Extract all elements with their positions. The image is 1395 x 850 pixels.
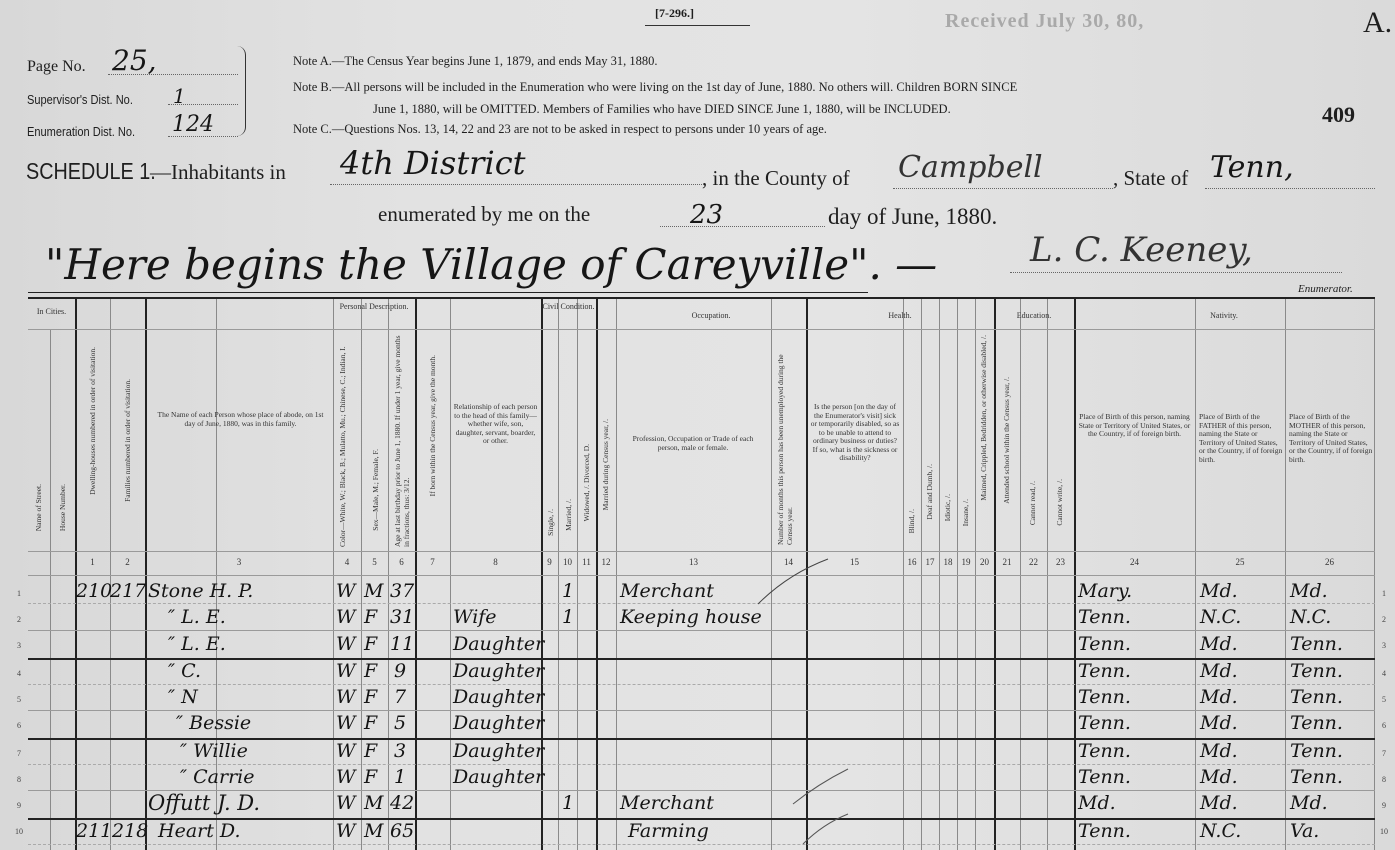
header-married: Married, /.: [564, 499, 573, 531]
header-maimed: Maimed, Crippled, Bedridden, or otherwis…: [979, 335, 988, 501]
mother-birthplace: Tenn.: [1290, 711, 1343, 735]
state-value: Tenn,: [1210, 150, 1294, 185]
header-school: Attended school within the Census year, …: [1002, 377, 1011, 504]
county-value: Campbell: [898, 150, 1043, 185]
row-number: 7: [1382, 749, 1386, 758]
header-mother-birthplace: Place of Birth of the MOTHER of this per…: [1289, 413, 1373, 464]
sex: M: [364, 819, 383, 843]
col-num: 3: [145, 557, 333, 567]
brace: [237, 46, 246, 136]
inhabitants-label: —Inhabitants in: [150, 160, 286, 185]
col-num: 8: [450, 557, 541, 567]
header-cannot-write: Cannot write, /.: [1055, 479, 1064, 526]
row-number: 7: [17, 749, 21, 758]
family-number: 217: [110, 579, 146, 603]
row-number: 6: [1382, 721, 1386, 730]
mother-birthplace: Md.: [1290, 579, 1328, 603]
col-num: 17: [921, 557, 939, 567]
father-birthplace: Md.: [1200, 739, 1238, 763]
row-number: 9: [1382, 801, 1386, 810]
supervisor-value: 1: [173, 84, 186, 108]
county-line: [893, 188, 1113, 189]
group-occupation: Occupation.: [616, 311, 806, 320]
row-number: 6: [17, 721, 21, 730]
page-no-value: 25,: [112, 44, 157, 77]
schedule-number: SCHEDULE 1.: [26, 158, 156, 184]
dwelling-number: 211: [76, 819, 112, 843]
relationship: Daughter: [453, 711, 544, 735]
header-color: Color—White, W.; Black, B.; Mulatto, Mu.…: [338, 335, 356, 547]
mother-birthplace: Tenn.: [1290, 632, 1343, 656]
header-deaf: Deaf and Dumb, /.: [925, 464, 934, 520]
enumerator-line: [1010, 272, 1342, 273]
header-birth-month: If born within the Census year, give the…: [428, 355, 437, 496]
married-mark: 1: [562, 579, 574, 603]
corner-letter: A.: [1363, 6, 1392, 40]
pen-strokes: [748, 554, 858, 850]
header-sex: Sex—Male, M.; Female, F.: [371, 449, 380, 531]
birthplace: Tenn.: [1078, 739, 1131, 763]
header-house: House Number.: [58, 484, 67, 531]
father-birthplace: Md.: [1200, 685, 1238, 709]
color: W: [336, 791, 356, 815]
color: W: [336, 685, 356, 709]
col-num: 1: [75, 557, 110, 567]
row-number: 4: [1382, 669, 1386, 678]
received-stamp: Received July 30, 80,: [945, 10, 1144, 33]
relationship: Wife: [453, 605, 497, 629]
state-line: [1205, 188, 1375, 189]
birthplace: Tenn.: [1078, 711, 1131, 735]
enumeration-label: Enumeration Dist. No.: [27, 124, 135, 139]
col-num: 26: [1285, 557, 1374, 567]
header-insane: Insane, /.: [961, 499, 970, 526]
header-sickness: Is the person [on the day of the Enumera…: [810, 403, 900, 463]
birthplace: Tenn.: [1078, 819, 1131, 843]
birthplace: Tenn.: [1078, 659, 1131, 683]
relationship: Daughter: [453, 739, 544, 763]
person-name: ″ N: [168, 685, 198, 709]
header-idiotic: Idiotic, /.: [943, 494, 952, 521]
father-birthplace: Md.: [1200, 632, 1238, 656]
relationship: Daughter: [453, 659, 544, 683]
relationship: Daughter: [453, 685, 544, 709]
row-number: 1: [1382, 589, 1386, 598]
village-note: "Here begins the Village of Careyville".…: [45, 240, 937, 289]
row-number: 4: [17, 669, 21, 678]
row-number: 5: [17, 695, 21, 704]
birthplace: Tenn.: [1078, 765, 1131, 789]
person-name: ″ L. E.: [168, 632, 226, 656]
sex: F: [364, 685, 377, 709]
col-num: 24: [1074, 557, 1195, 567]
header-father-birthplace: Place of Birth of the FATHER of this per…: [1199, 413, 1283, 464]
sex: F: [364, 711, 377, 735]
color: W: [336, 819, 356, 843]
group-in-cities: In Cities.: [28, 307, 75, 316]
col-num: 11: [577, 557, 596, 567]
schedule-title: SCHEDULE 1.: [26, 158, 156, 185]
person-name: Offutt J. D.: [148, 791, 260, 815]
county-label: , in the County of: [702, 166, 850, 191]
birthplace: Tenn.: [1078, 632, 1131, 656]
age: 5: [394, 711, 406, 735]
group-nativity: Nativity.: [1074, 311, 1374, 320]
person-name: ″ Bessie: [176, 711, 251, 735]
col-num: 6: [388, 557, 415, 567]
note-b: Note B.—All persons will be included in …: [293, 80, 1017, 95]
relationship: Daughter: [453, 765, 544, 789]
note-c: Note C.—Questions Nos. 13, 14, 22 and 23…: [293, 122, 827, 137]
row-number: 2: [1382, 615, 1386, 624]
header-age: Age at last birthday prior to June 1, 18…: [393, 335, 411, 547]
person-name: ″ L. E.: [168, 605, 226, 629]
col-num: 5: [361, 557, 388, 567]
dwelling-number: 210: [76, 579, 112, 603]
birthplace: Mary.: [1078, 579, 1132, 603]
sex: M: [364, 791, 383, 815]
person-name: Stone H. P.: [148, 579, 253, 603]
row-number: 8: [1382, 775, 1386, 784]
header-blind: Blind, /.: [907, 509, 916, 533]
sex: F: [364, 659, 377, 683]
census-table: In Cities. Personal Description. Civil C…: [28, 297, 1375, 850]
col-num: 16: [903, 557, 921, 567]
age: 7: [394, 685, 406, 709]
occupation: Merchant: [620, 579, 714, 603]
sex: F: [364, 739, 377, 763]
page-no-label: Page No.: [27, 58, 86, 76]
header-cannot-read: Cannot read, /.: [1028, 481, 1037, 525]
married-mark: 1: [562, 605, 574, 629]
census-page: [7-296.] Received July 30, 80, A. 409 Pa…: [0, 0, 1395, 850]
header-birthplace: Place of Birth of this person, naming St…: [1078, 413, 1191, 439]
col-num: 21: [994, 557, 1020, 567]
note-a: Note A.—The Census Year begins June 1, 1…: [293, 54, 658, 69]
row-number: 10: [15, 827, 23, 836]
enumerated-label: enumerated by me on the: [378, 202, 590, 227]
father-birthplace: Md.: [1200, 579, 1238, 603]
birthplace: Tenn.: [1078, 685, 1131, 709]
birthplace: Md.: [1078, 791, 1116, 815]
mother-birthplace: Tenn.: [1290, 685, 1343, 709]
enumerator-label: Enumerator.: [1298, 283, 1353, 295]
age: 9: [394, 659, 406, 683]
relationship: Daughter: [453, 632, 544, 656]
person-name: Heart D.: [158, 819, 241, 843]
header-street: Name of Street.: [34, 484, 43, 531]
col-num: 22: [1020, 557, 1047, 567]
color: W: [336, 765, 356, 789]
note-b-cont: June 1, 1880, will be OMITTED. Members o…: [373, 102, 951, 117]
group-education: Education.: [994, 311, 1074, 320]
row-number: 9: [17, 801, 21, 810]
mother-birthplace: Tenn.: [1290, 659, 1343, 683]
birthplace: Tenn.: [1078, 605, 1131, 629]
occupation: Merchant: [620, 791, 714, 815]
col-num: 25: [1195, 557, 1285, 567]
header-name: The Name of each Person whose place of a…: [153, 411, 328, 428]
father-birthplace: Md.: [1200, 791, 1238, 815]
col-num: 18: [939, 557, 957, 567]
header-relationship: Relationship of each person to the head …: [453, 403, 538, 446]
age: 1: [394, 765, 406, 789]
color: W: [336, 711, 356, 735]
mother-birthplace: Md.: [1290, 791, 1328, 815]
occupation: Farming: [628, 819, 709, 843]
age: 11: [390, 632, 414, 656]
form-code: [7-296.]: [655, 6, 694, 21]
color: W: [336, 605, 356, 629]
district-value: 4th District: [340, 144, 525, 182]
header-married-year: Married during Census year, /.: [601, 419, 610, 510]
mother-birthplace: N.C.: [1290, 605, 1331, 629]
mother-birthplace: Tenn.: [1290, 765, 1343, 789]
father-birthplace: Md.: [1200, 659, 1238, 683]
col-num: 7: [415, 557, 450, 567]
header-family: Families numbered in order of visitation…: [123, 379, 132, 502]
col-num: 4: [333, 557, 361, 567]
day-value: 23: [690, 200, 723, 230]
enumerator-signature: L. C. Keeney,: [1030, 230, 1253, 270]
group-civil: Civil Condition.: [541, 302, 596, 311]
col-num: 2: [110, 557, 145, 567]
divider: [645, 25, 750, 26]
age: 31: [390, 605, 414, 629]
person-name: ″ Carrie: [180, 765, 255, 789]
row-number: 10: [1380, 827, 1388, 836]
state-label: , State of: [1113, 166, 1188, 191]
col-num: 19: [957, 557, 975, 567]
mother-birthplace: Tenn.: [1290, 739, 1343, 763]
color: W: [336, 659, 356, 683]
color: W: [336, 579, 356, 603]
married-mark: 1: [562, 791, 574, 815]
header-single: Single, /.: [546, 509, 555, 536]
group-personal: Personal Description.: [333, 302, 415, 311]
sex: M: [364, 579, 383, 603]
row-number: 3: [1382, 641, 1386, 650]
col-num: 10: [558, 557, 577, 567]
header-widowed: Widowed, /. Divorced, D.: [582, 444, 591, 521]
sex: F: [364, 605, 377, 629]
color: W: [336, 632, 356, 656]
enumeration-value: 124: [172, 112, 214, 137]
day-suffix: day of June, 1880.: [828, 204, 997, 230]
row-number: 2: [17, 615, 21, 624]
row-number: 1: [17, 589, 21, 598]
printed-page-number: 409: [1322, 102, 1355, 128]
row-number: 3: [17, 641, 21, 650]
father-birthplace: Md.: [1200, 711, 1238, 735]
sex: F: [364, 765, 377, 789]
district-line: [330, 184, 702, 185]
row-number: 8: [17, 775, 21, 784]
col-num: 9: [541, 557, 558, 567]
family-number: 218: [112, 819, 148, 843]
occupation: Keeping house: [620, 605, 762, 629]
col-num: 23: [1047, 557, 1074, 567]
row-number: 5: [1382, 695, 1386, 704]
age: 65: [390, 819, 414, 843]
age: 37: [390, 579, 414, 603]
header-occupation: Profession, Occupation or Trade of each …: [623, 435, 763, 452]
header-unemployed: Number of months this person has been un…: [776, 335, 800, 545]
supervisor-label: Supervisor's Dist. No.: [27, 92, 133, 107]
mother-birthplace: Va.: [1290, 819, 1319, 843]
father-birthplace: N.C.: [1200, 819, 1241, 843]
father-birthplace: Md.: [1200, 765, 1238, 789]
sex: F: [364, 632, 377, 656]
col-num: 12: [596, 557, 616, 567]
person-name: ″ C.: [168, 659, 201, 683]
col-num: 20: [975, 557, 994, 567]
group-health: Health.: [806, 311, 994, 320]
color: W: [336, 739, 356, 763]
age: 42: [390, 791, 414, 815]
village-underline: [28, 292, 868, 293]
person-name: ″ Willie: [180, 739, 248, 763]
father-birthplace: N.C.: [1200, 605, 1241, 629]
age: 3: [394, 739, 406, 763]
header-dwelling: Dwelling-houses numbered in order of vis…: [88, 347, 97, 495]
day-line: [660, 226, 825, 227]
